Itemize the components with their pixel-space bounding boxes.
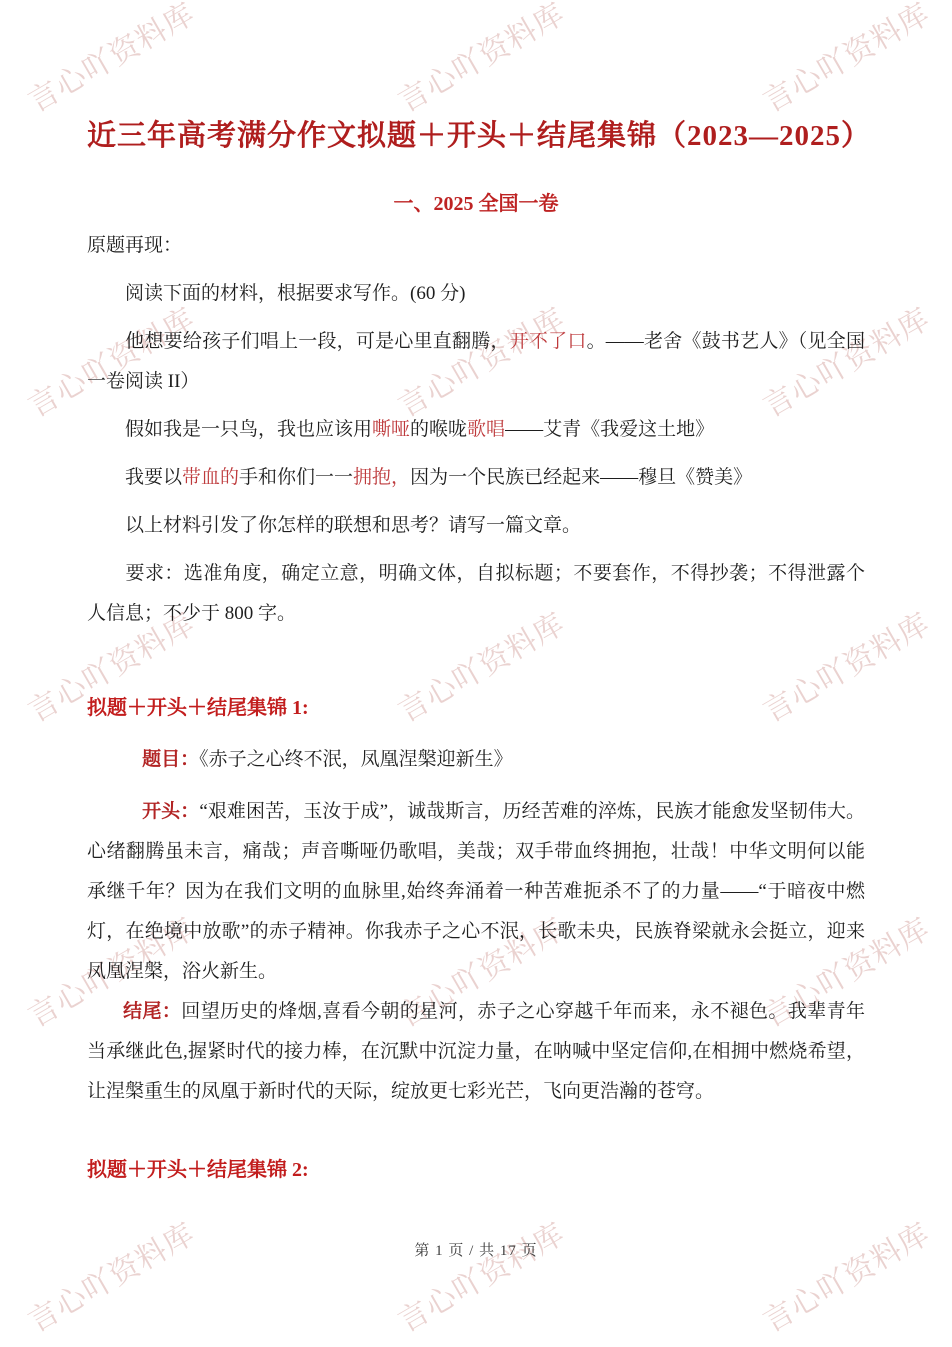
material-paragraph: 阅读下面的材料，根据要求写作。(60 分) — [87, 274, 865, 314]
body-text: 以上材料引发了你怎样的联想和思考？请写一篇文章。 — [125, 515, 581, 536]
document-page: 言心吖资料库言心吖资料库言心吖资料库言心吖资料库言心吖资料库言心吖资料库言心吖资… — [0, 0, 952, 1347]
material-paragraphs: 阅读下面的材料，根据要求写作。(60 分)他想要给孩子们唱上一段，可是心里直翻腾… — [87, 274, 865, 634]
essay-title-line: 题目：《赤子之心终不泯，凤凰涅槃迎新生》 — [87, 740, 865, 780]
original-question-label: 原题再现： — [87, 226, 865, 266]
document-title: 近三年高考满分作文拟题＋开头＋结尾集锦（2023—2025） — [87, 116, 865, 156]
body-text: 的喉咙 — [410, 419, 467, 440]
emphasis-text: 歌唱 — [467, 419, 505, 440]
emphasis-text: 嘶哑 — [372, 419, 410, 440]
opening-paragraph: 开头：“艰难困苦，玉汝于成”，诚哉斯言，历经苦难的淬炼，民族才能愈发坚韧伟大。心… — [87, 792, 865, 992]
opening-text: “艰难困苦，玉汝于成”，诚哉斯言，历经苦难的淬炼，民族才能愈发坚韧伟大。心绪翻腾… — [87, 801, 865, 982]
collection-1-heading: 拟题＋开头＋结尾集锦 1: — [87, 694, 865, 722]
body-text: 假如我是一只鸟，我也应该用 — [125, 419, 372, 440]
watermark-text: 言心吖资料库 — [753, 1209, 936, 1340]
body-text: 我要以 — [125, 467, 182, 488]
opening-label: 开头： — [142, 801, 199, 822]
body-text: ——艾青《我爱这土地》 — [505, 419, 714, 440]
ending-paragraph: 结尾：回望历史的烽烟,喜看今朝的星河，赤子之心穿越千年而来，永不褪色。我辈青年当… — [87, 992, 865, 1112]
emphasis-text: 带血的 — [182, 467, 239, 488]
material-paragraph: 要求：选准角度，确定立意，明确文体，自拟标题；不要套作，不得抄袭；不得泄露个人信… — [87, 554, 865, 634]
page-content: 近三年高考满分作文拟题＋开头＋结尾集锦（2023—2025） 一、2025 全国… — [0, 0, 952, 1184]
body-text: 阅读下面的材料，根据要求写作。(60 分) — [125, 283, 465, 304]
material-paragraph: 他想要给孩子们唱上一段，可是心里直翻腾，开不了口。——老舍《鼓书艺人》（见全国一… — [87, 322, 865, 402]
collection-2-heading: 拟题＋开头＋结尾集锦 2: — [87, 1156, 865, 1184]
ending-text: 回望历史的烽烟,喜看今朝的星河，赤子之心穿越千年而来，永不褪色。我辈青年当承继此… — [87, 1001, 865, 1102]
ending-label: 结尾： — [123, 1001, 181, 1022]
material-paragraph: 以上材料引发了你怎样的联想和思考？请写一篇文章。 — [87, 506, 865, 546]
body-text: 手和你们一一 — [239, 467, 353, 488]
emphasis-text: 拥抱， — [353, 467, 410, 488]
essay-title-text: 《赤子之心终不泯，凤凰涅槃迎新生》 — [199, 749, 513, 770]
material-paragraph: 我要以带血的手和你们一一拥抱，因为一个民族已经起来——穆旦《赞美》 — [87, 458, 865, 498]
watermark-text: 言心吖资料库 — [388, 1209, 571, 1340]
essay-title-label: 题目： — [142, 749, 199, 770]
body-text: 因为一个民族已经起来——穆旦《赞美》 — [410, 467, 752, 488]
body-text: 他想要给孩子们唱上一段，可是心里直翻腾， — [125, 331, 510, 352]
watermark-text: 言心吖资料库 — [18, 1209, 201, 1340]
page-footer: 第 1 页 / 共 17 页 — [0, 1240, 952, 1262]
section-title: 一、2025 全国一卷 — [87, 190, 865, 218]
body-text: 要求：选准角度，确定立意，明确文体，自拟标题；不要套作，不得抄袭；不得泄露个人信… — [87, 563, 865, 624]
emphasis-text: 开不了口 — [510, 331, 587, 352]
material-paragraph: 假如我是一只鸟，我也应该用嘶哑的喉咙歌唱——艾青《我爱这土地》 — [87, 410, 865, 450]
